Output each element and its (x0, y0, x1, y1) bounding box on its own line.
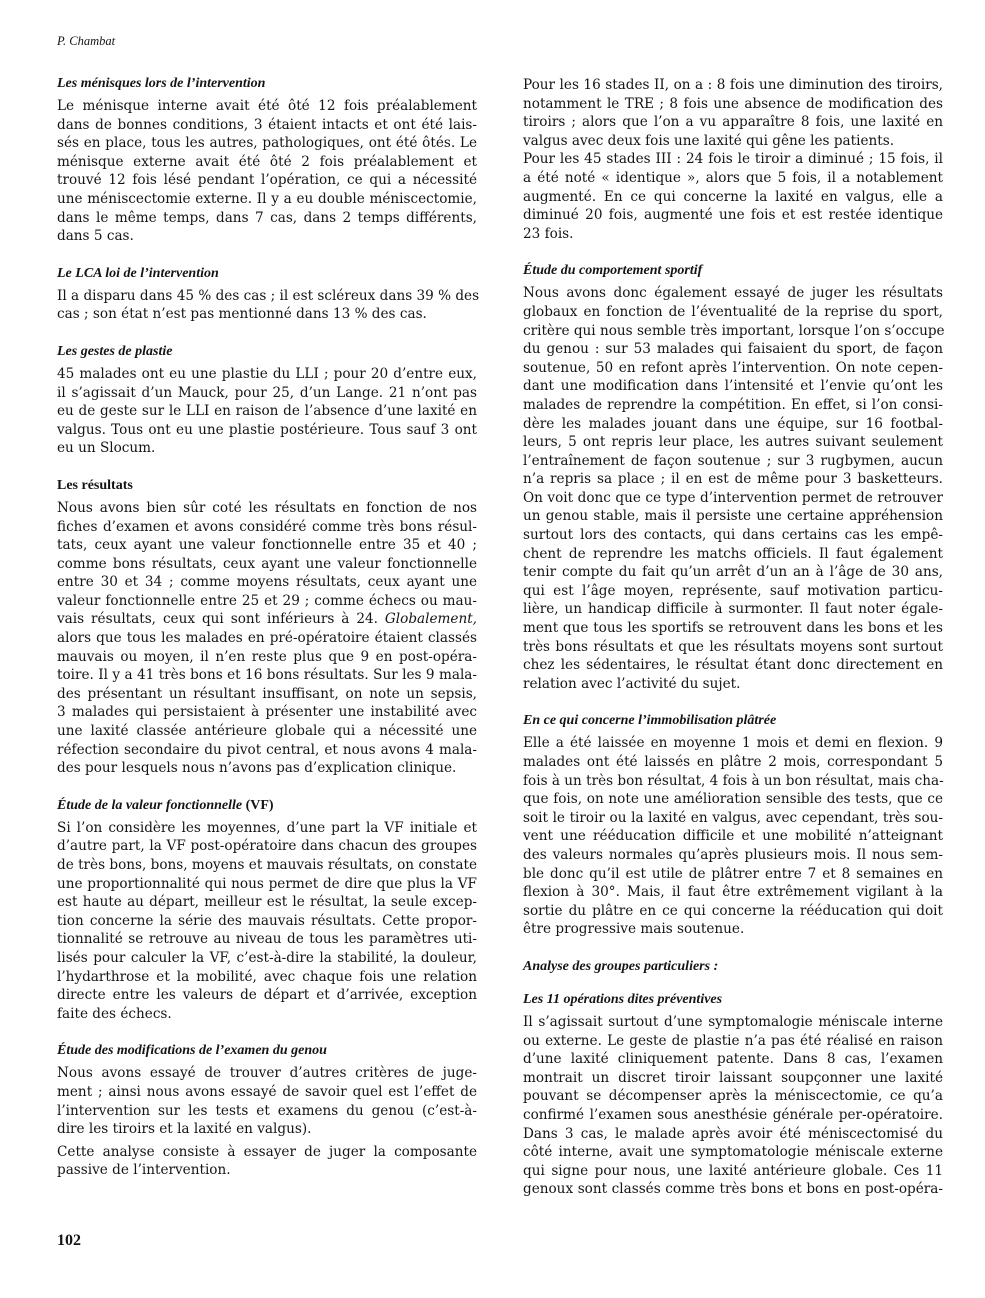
text-line: Cette analyse consiste à essayer de juge… (57, 1143, 477, 1162)
text-line: vais résultats, ceux qui sont inférieurs… (57, 610, 477, 629)
section-resultats: Les résultats Nous avons bien sûr coté l… (57, 476, 477, 778)
text-line: Le ménisque interne avait été ôté 12 foi… (57, 97, 477, 116)
text-line: de très bons, bons, moyens et mauvais ré… (57, 856, 477, 875)
text-line: entre 30 et 34 ; comme moyens résultats,… (57, 573, 477, 592)
text-line: côté interne, avait une symptomatologie … (523, 1143, 943, 1162)
text-line: Pour les 45 stades III : 24 fois le tiro… (523, 150, 943, 169)
text-line: 45 malades ont eu une plastie du LLI ; p… (57, 365, 477, 384)
text-line: tion concerne la série des mauvais résul… (57, 912, 477, 931)
text-line: critère qui nous semble très important, … (523, 322, 943, 341)
paragraph: Il a disparu dans 45 % des cas ; il est … (57, 287, 477, 324)
section-heading: Étude du comportement sportif (523, 261, 943, 280)
section-immobilisation-platree: En ce qui concerne l’immobilisation plât… (523, 711, 943, 939)
text-line: d’une laxité cliniquement patente. Dans … (523, 1050, 943, 1069)
text-line: valeur fonctionnelle entre 25 et 29 ; co… (57, 592, 477, 611)
section-comportement-sportif: Étude du comportement sportif Nous avons… (523, 261, 943, 693)
text-line: du genou : sur 53 malades qui faisaient … (523, 340, 943, 359)
text-line: sés en place, tous les autres, pathologi… (57, 134, 477, 153)
paragraph: Elle a été laissée en moyenne 1 mois et … (523, 734, 943, 939)
text-line: mauvais ou moyen, il n’en reste plus que… (57, 648, 477, 667)
text-line: montrait un discret tiroir laissant soup… (523, 1069, 943, 1088)
text-line: chez les sédentaires, le résultat étant … (523, 656, 943, 675)
section-operations-preventives: Les 11 opérations dites préventives Il s… (523, 990, 943, 1199)
section-heading: Les 11 opérations dites préventives (523, 990, 943, 1009)
text-line: dère les malades jouant dans une équipe,… (523, 415, 943, 434)
text-line: qui signe pour nous, une laxité antérieu… (523, 1162, 943, 1181)
page-number: 102 (57, 1232, 81, 1250)
text-line: directe entre les valeurs de départ et d… (57, 986, 477, 1005)
section-stades: Pour les 16 stades II, on a : 8 fois une… (523, 76, 943, 243)
text-line: lisés pour calculer la VF, c’est-à-dire … (57, 949, 477, 968)
text-line: tenir compte du fait qu’un arrêt d’un an… (523, 563, 943, 582)
text-line: des valeurs normales qu’après plusieurs … (523, 846, 943, 865)
section-lca: Le LCA loi de l’intervention Il a dispar… (57, 264, 477, 324)
text-line: a été noté « identique », alors que 5 fo… (523, 169, 943, 188)
text-line: une méniscectomie externe. Il y a eu dou… (57, 190, 477, 209)
text-line: comme bons résultats, ceux ayant une val… (57, 555, 477, 574)
section-menisques: Les ménisques lors de l’intervention Le … (57, 74, 477, 246)
text-line: vent une rééducation difficile et une mo… (523, 827, 943, 846)
text-line: trouvé 12 fois lésé pendant l’opération,… (57, 171, 477, 190)
section-groupes-particuliers: Analyse des groupes particuliers : (523, 957, 943, 976)
text-line: Il a disparu dans 45 % des cas ; il est … (57, 287, 477, 306)
text-line: n’a repris sa place ; il en est de même … (523, 470, 943, 489)
text-line: un genou stable, mais il persiste une ce… (523, 507, 943, 526)
text-line: faite des échecs. (57, 1005, 477, 1024)
text-line: pouvant se décompenser après la méniscec… (523, 1087, 943, 1106)
text-line: diminué 20 fois, augmenté une fois et es… (523, 206, 943, 225)
text-line: dans le même temps, dans 7 cas, dans 2 t… (57, 209, 477, 228)
section-heading: Analyse des groupes particuliers : (523, 957, 943, 976)
text-line: Nous avons donc également essayé de juge… (523, 284, 943, 303)
section-modifications-examen: Étude des modifications de l’examen du g… (57, 1041, 477, 1180)
text-line: passive de l’intervention. (57, 1161, 477, 1180)
text-line: Nous avons essayé de trouver d’autres cr… (57, 1064, 477, 1083)
section-gestes-plastie: Les gestes de plastie 45 malades ont eu … (57, 342, 477, 458)
text-line: ment que tous les sportifs se retrouvent… (523, 619, 943, 638)
text-line: très bons résultats et que les résultats… (523, 638, 943, 657)
text-line: fiches d’examen et avons considéré comme… (57, 518, 477, 537)
text-line: ment ; ainsi nous avons essayé de savoir… (57, 1083, 477, 1102)
section-heading: Les ménisques lors de l’intervention (57, 74, 477, 93)
text-line: tiroirs ; alors que l’on a vu apparaître… (523, 113, 943, 132)
paragraph: Nous avons bien sûr coté les résultats e… (57, 499, 477, 778)
text-line: 23 fois. (523, 225, 943, 244)
text-line: l’intervention sur les tests et examens … (57, 1102, 477, 1121)
section-heading: Les gestes de plastie (57, 342, 477, 361)
paragraph: 45 malades ont eu une plastie du LLI ; p… (57, 365, 477, 458)
paragraph: Il s’agissait surtout d’une symptomalogi… (523, 1013, 943, 1199)
text-line: eu de geste sur le LLI en raison de l’ab… (57, 402, 477, 421)
text-line: confirmé l’examen sous anesthésie généra… (523, 1106, 943, 1125)
paragraph: Pour les 45 stades III : 24 fois le tiro… (523, 150, 943, 243)
text-line: genoux sont classés comme très bons et b… (523, 1180, 943, 1199)
text-line: valgus. Tous ont eu une plastie postérie… (57, 421, 477, 440)
text-line: flexion à 30°. Mais, il faut être extrêm… (523, 883, 943, 902)
paragraph: Pour les 16 stades II, on a : 8 fois une… (523, 76, 943, 150)
text-line: il s’agissait d’un Mauck, pour 25, d’un … (57, 384, 477, 403)
text-line: des pour lesquels nous n’avons pas d’exp… (57, 759, 477, 778)
paragraph: Cette analyse consiste à essayer de juge… (57, 1143, 477, 1180)
text-line: dans de bonnes conditions, 3 étaient int… (57, 116, 477, 135)
text-line: lière, un handicap difficile à surmonter… (523, 600, 943, 619)
text-line: Dans 3 cas, le malade après avoir été mé… (523, 1125, 943, 1144)
text-line: ble donc qu’il est utile de plâtrer entr… (523, 865, 943, 884)
text-line: sortie du plâtre en ce qui concerne la r… (523, 902, 943, 921)
text-line: soit le tiroir ou la laxité en valgus, a… (523, 809, 943, 828)
text-line: eu un Slocum. (57, 439, 477, 458)
text-line: valgus avec deux fois une laxité qui gên… (523, 132, 943, 151)
text-line: chent de reprendre les matchs officiels.… (523, 545, 943, 564)
text-line: une laxité classée antérieure globale qu… (57, 722, 477, 741)
text-line: soutenue, 50 en refont après l’intervent… (523, 359, 943, 378)
text-line: globaux en fonction de l’éventualité de … (523, 303, 943, 322)
paragraph: Nous avons donc également essayé de juge… (523, 284, 943, 693)
text-line: tionnalité se retrouve au niveau de tous… (57, 930, 477, 949)
text-line: augmenté. En ce qui concerne la laxité e… (523, 188, 943, 207)
text-line: Si l’on considère les moyennes, d’une pa… (57, 819, 477, 838)
running-head: P. Chambat (57, 34, 115, 49)
section-heading: Le LCA loi de l’intervention (57, 264, 477, 283)
section-heading: Étude des modifications de l’examen du g… (57, 1041, 477, 1060)
text-line: notamment le TRE ; 8 fois une absence de… (523, 95, 943, 114)
text-line: ou externe. Le geste de plastie n’a pas … (523, 1032, 943, 1051)
text-line: dant une modification dans l’intensité e… (523, 377, 943, 396)
text-line: Elle a été laissée en moyenne 1 mois et … (523, 734, 943, 753)
text-line: que fois, on note une amélioration sensi… (523, 790, 943, 809)
text-line: des présentant un résultant insuffisant,… (57, 685, 477, 704)
paragraph: Nous avons essayé de trouver d’autres cr… (57, 1064, 477, 1138)
section-heading: Les résultats (57, 476, 477, 495)
text-line: tats, ceux ayant une valeur fonctionnell… (57, 536, 477, 555)
text-line: Pour les 16 stades II, on a : 8 fois une… (523, 76, 943, 95)
text-line: On voit donc que ce type d’intervention … (523, 489, 943, 508)
emphasis: Globalement, (385, 611, 477, 627)
right-column: Pour les 16 stades II, on a : 8 fois une… (523, 76, 943, 1199)
text-line: surtout lors des contacts, qui dans cert… (523, 526, 943, 545)
text-line: cas ; son état n’est pas mentionné dans … (57, 305, 477, 324)
text-line: malades ont été laissés en plâtre 2 mois… (523, 753, 943, 772)
text-line: alors que tous les malades en pré-opérat… (57, 629, 477, 648)
text-line: Nous avons bien sûr coté les résultats e… (57, 499, 477, 518)
text-line: Il s’agissait surtout d’une symptomalogi… (523, 1013, 943, 1032)
text-line: l’hydarthrose et la mobilité, avec chaqu… (57, 968, 477, 987)
text-line: toire. Il y a 41 très bons et 16 bons ré… (57, 666, 477, 685)
left-column: Les ménisques lors de l’intervention Le … (57, 74, 477, 1180)
text-line: l’entraînement de façon soutenue ; sur 3… (523, 452, 943, 471)
text-line: d’autre part, la VF post-opératoire dans… (57, 837, 477, 856)
text-line: une proportionnalité qui nous permet de … (57, 875, 477, 894)
text-line: fois à un très bon résultat, 4 fois à un… (523, 772, 943, 791)
text-line: qui est l’âge moyen, représente, sauf mo… (523, 582, 943, 601)
text-line: leurs, 5 ont repris leur place, les autr… (523, 433, 943, 452)
section-valeur-fonctionnelle: Étude de la valeur fonctionnelle (VF) Si… (57, 796, 477, 1024)
text-line: ménisque externe avait été ôté 2 fois pr… (57, 153, 477, 172)
text-line: dans 5 cas. (57, 227, 477, 246)
text-line: 3 malades qui persistaient à présenter u… (57, 703, 477, 722)
text-line: malades de reprendre la compétition. En … (523, 396, 943, 415)
paragraph: Le ménisque interne avait été ôté 12 foi… (57, 97, 477, 246)
text-line: dire les tiroirs et la laxité en valgus)… (57, 1120, 477, 1139)
section-heading: Étude de la valeur fonctionnelle (VF) (57, 796, 477, 815)
section-heading: En ce qui concerne l’immobilisation plât… (523, 711, 943, 730)
text-line: est haute au départ, meilleur est le rés… (57, 893, 477, 912)
paragraph: Si l’on considère les moyennes, d’une pa… (57, 819, 477, 1024)
text-line: être progressive mais soutenue. (523, 920, 943, 939)
text-line: relation avec l’activité du sujet. (523, 675, 943, 694)
text-line: réfection secondaire du pivot central, e… (57, 741, 477, 760)
